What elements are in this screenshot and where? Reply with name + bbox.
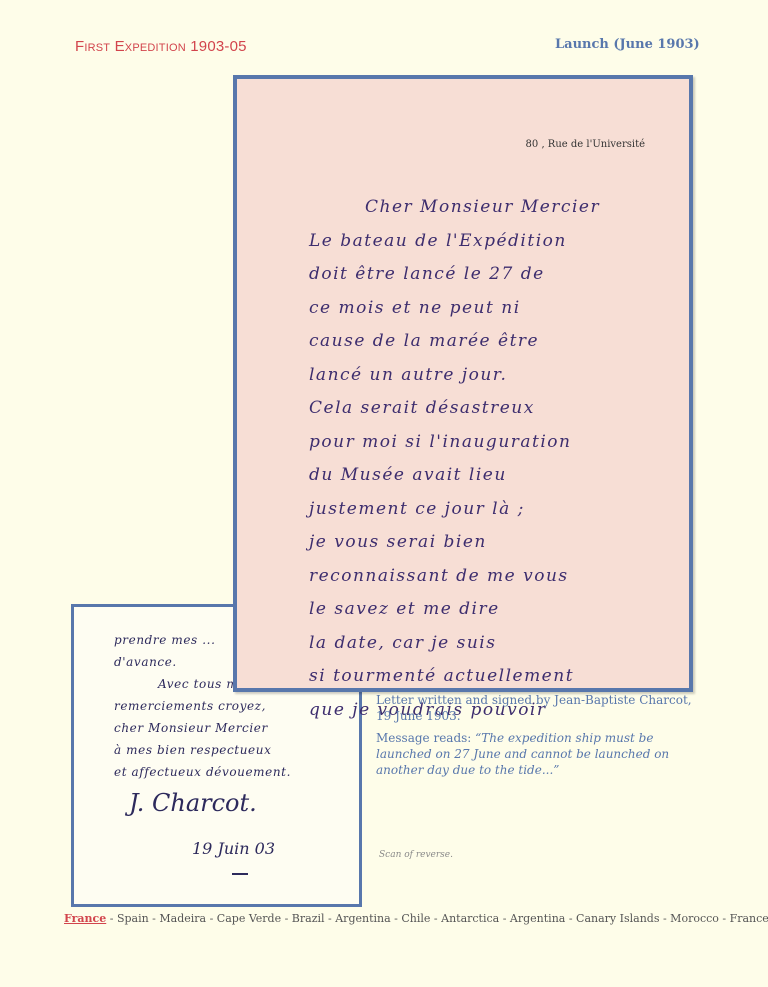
message-prefix: Message reads: <box>376 731 475 745</box>
letter-line: ce mois et ne peut ni <box>309 292 679 326</box>
reverse-line: et affectueux dévouement. <box>114 761 364 783</box>
letter-line: Cela serait désastreux <box>309 392 679 426</box>
letter-line: je vous serai bien <box>309 526 679 560</box>
letter-line: du Musée avait lieu <box>309 459 679 493</box>
letter-line: Le bateau de l'Expédition <box>309 225 679 259</box>
reverse-date: 19 Juin 03 <box>192 839 275 858</box>
route-current-stop: France <box>64 912 106 925</box>
page-title: First Expedition 1903-05 <box>75 38 247 55</box>
letter-line: lancé un autre jour. <box>309 359 679 393</box>
underline-dash <box>232 873 248 875</box>
letter-line: justement ce jour là ; <box>309 493 679 527</box>
letter-handwriting: Cher Monsieur Mercier Le bateau de l'Exp… <box>309 191 679 727</box>
signature: J. Charcot. <box>129 789 257 817</box>
letter-line: si tourmenté actuellement <box>309 660 679 694</box>
route-remaining-stops: - Spain - Madeira - Cape Verde - Brazil … <box>106 912 768 925</box>
letter-line: doit être lancé le 27 de <box>309 258 679 292</box>
letterhead-address: 80 , Rue de l'Université <box>526 139 645 150</box>
letter-line: la date, car je suis <box>309 627 679 661</box>
letter-caption: Letter written and signed by Jean-Baptis… <box>376 692 696 784</box>
letter-line: reconnaissant de me vous <box>309 560 679 594</box>
expedition-route: France - Spain - Madeira - Cape Verde - … <box>64 912 768 925</box>
letter-line: le savez et me dire <box>309 593 679 627</box>
letter-line: cause de la marée être <box>309 325 679 359</box>
caption-message: Message reads: “The expedition ship must… <box>376 730 696 778</box>
letter-front-scan: 80 , Rue de l'Université Cher Monsieur M… <box>233 75 693 692</box>
reverse-line: à mes bien respectueux <box>114 739 364 761</box>
letter-line: pour moi si l'inauguration <box>309 426 679 460</box>
letter-line: Cher Monsieur Mercier <box>309 191 679 225</box>
scan-of-reverse-label: Scan of reverse. <box>379 850 453 860</box>
section-title: Launch (June 1903) <box>555 37 700 52</box>
caption-description: Letter written and signed by Jean-Baptis… <box>376 692 696 724</box>
